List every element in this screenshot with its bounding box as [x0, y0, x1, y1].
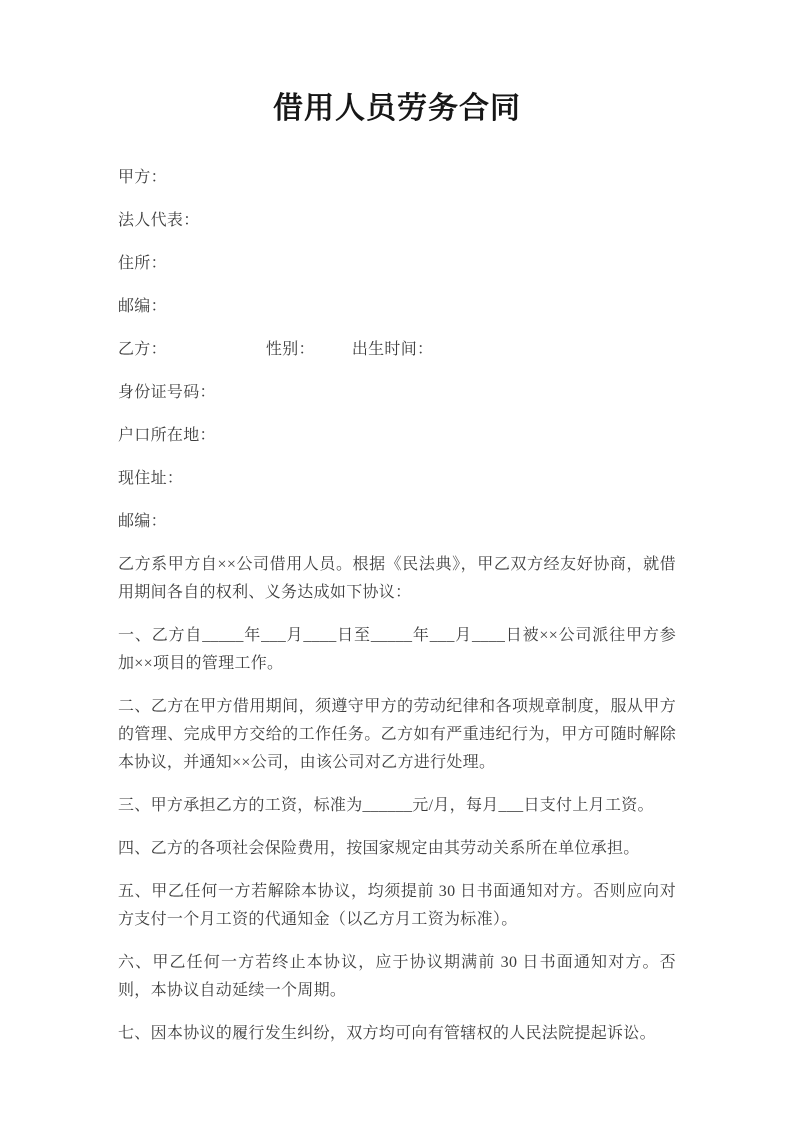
clause-7: 七、因本协议的履行发生纠纷，双方均可向有管辖权的人民法院提起诉讼。	[118, 1020, 676, 1048]
party-b-postcode-label: 邮编：	[118, 508, 676, 536]
preamble-paragraph: 乙方系甲方自××公司借用人员。根据《民法典》，甲乙双方经友好协商，就借用期间各自…	[118, 551, 676, 607]
party-a-label: 甲方：	[118, 164, 676, 192]
party-a-postcode-label: 邮编：	[118, 293, 676, 321]
id-number-label: 身份证号码：	[118, 379, 676, 407]
household-registration-label: 户口所在地：	[118, 422, 676, 450]
current-address-label: 现住址：	[118, 465, 676, 493]
clause-1: 一、乙方自_____年___月____日至_____年___月____日被××公…	[118, 622, 676, 678]
party-b-label: 乙方：	[118, 341, 167, 358]
party-a-address-label: 住所：	[118, 250, 676, 278]
party-b-row: 乙方：性别：出生时间：	[118, 336, 676, 364]
birth-date-label: 出生时间：	[352, 341, 434, 358]
legal-representative-label: 法人代表：	[118, 207, 676, 235]
document-title: 借用人员劳务合同	[118, 86, 676, 132]
clause-2: 二、乙方在甲方借用期间，须遵守甲方的劳动纪律和各项规章制度，服从甲方的管理、完成…	[118, 693, 676, 777]
document-page: 借用人员劳务合同 甲方： 法人代表： 住所： 邮编： 乙方：性别：出生时间： 身…	[0, 0, 793, 1122]
clause-3: 三、甲方承担乙方的工资，标准为______元/月，每月___日支付上月工资。	[118, 792, 676, 820]
gender-label: 性别：	[266, 341, 315, 358]
clause-4: 四、乙方的各项社会保险费用，按国家规定由其劳动关系所在单位承担。	[118, 835, 676, 863]
clause-5: 五、甲乙任何一方若解除本协议，均须提前 30 日书面通知对方。否则应向对方支付一…	[118, 878, 676, 934]
clause-6: 六、甲乙任何一方若终止本协议，应于协议期满前 30 日书面通知对方。否则，本协议…	[118, 949, 676, 1005]
